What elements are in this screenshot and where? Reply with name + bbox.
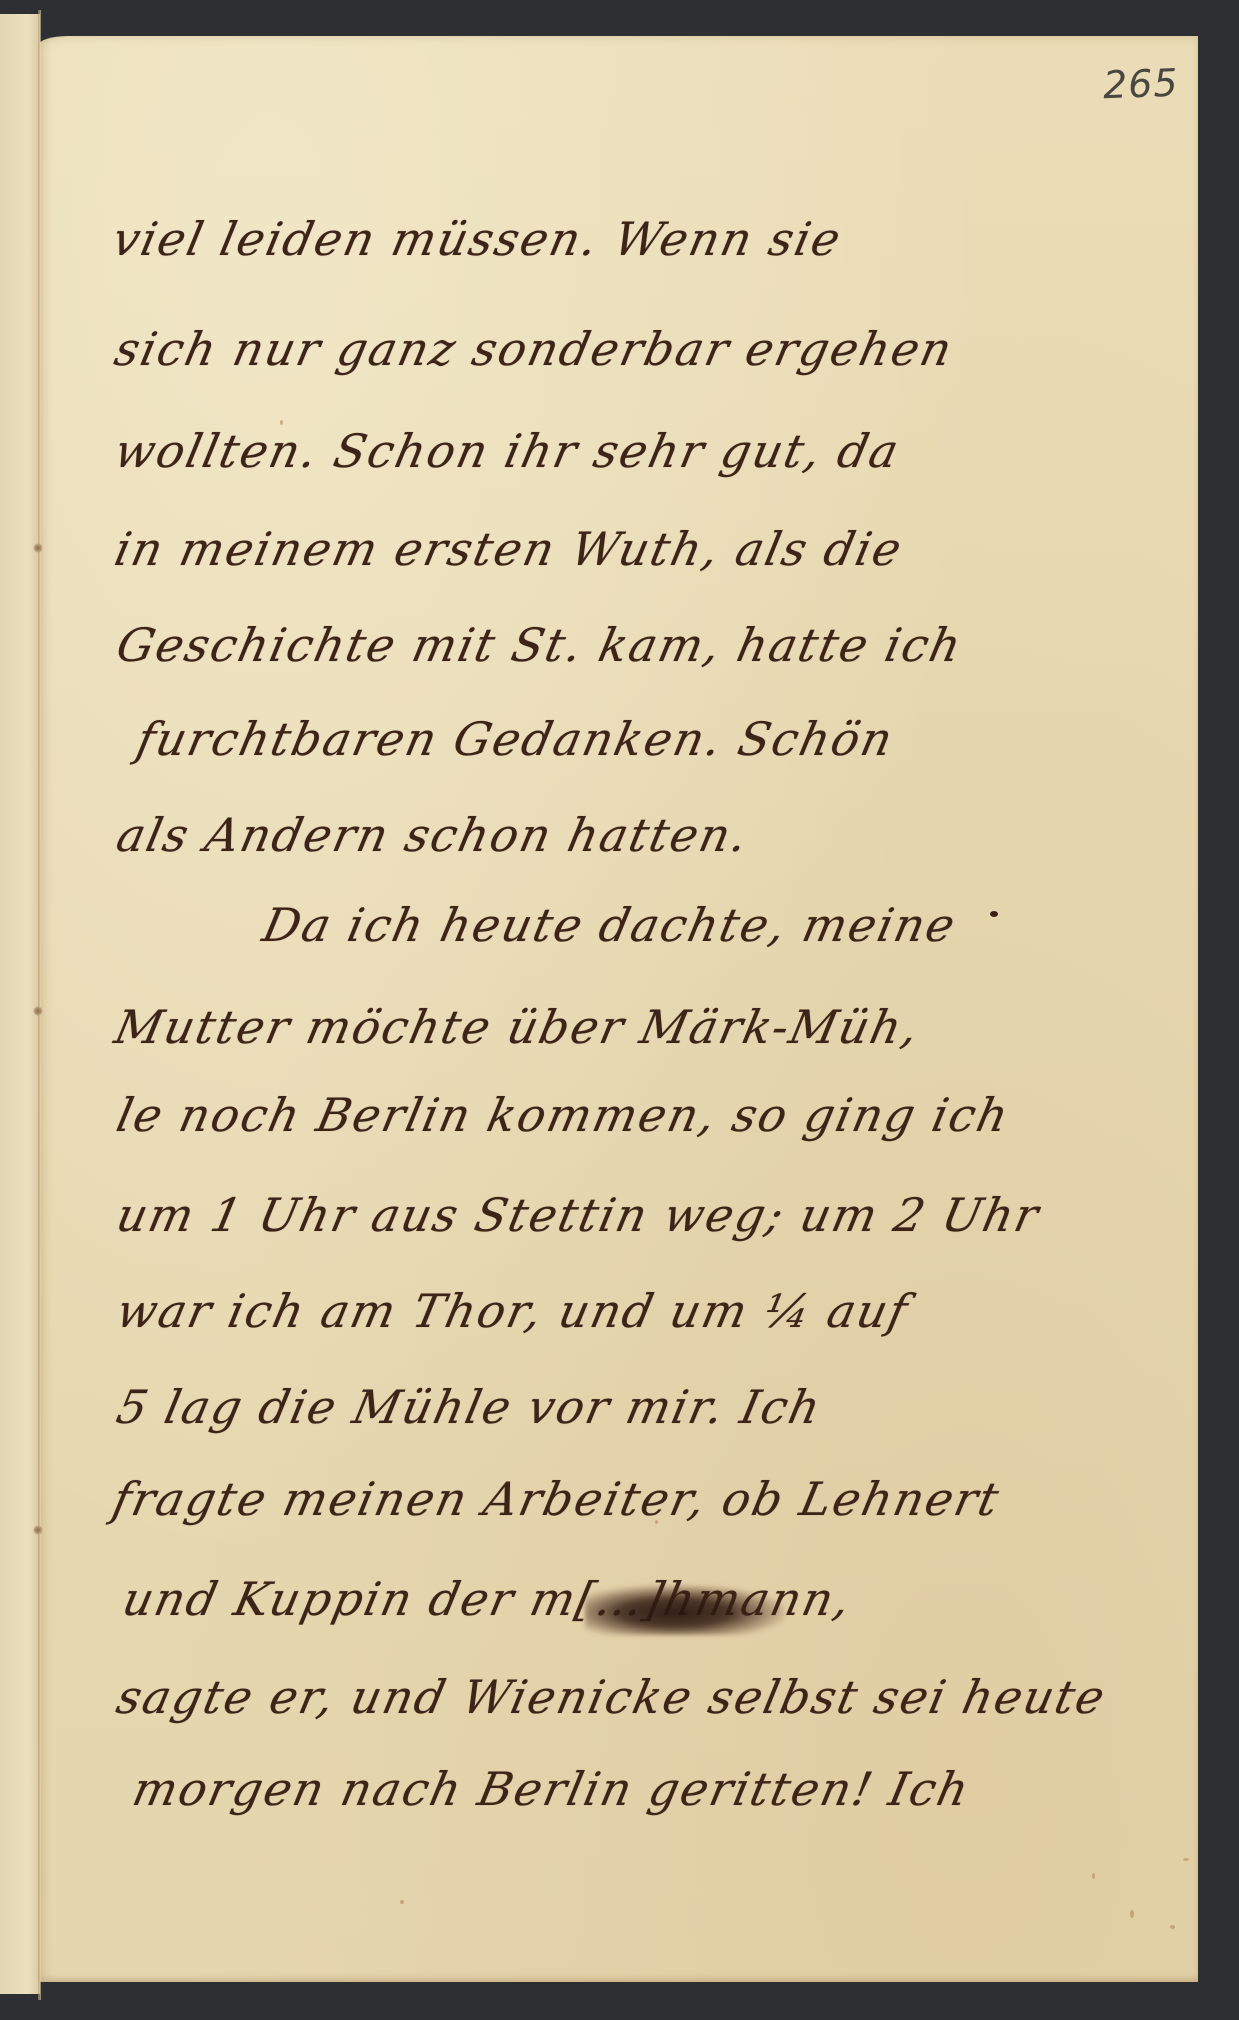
manuscript-line: fragte meinen Arbeiter, ob Lehnert	[108, 1472, 1005, 1526]
manuscript-line: 5 lag die Mühle vor mir. Ich	[112, 1380, 827, 1434]
binding-crease	[38, 10, 41, 2000]
manuscript-line: le noch Berlin kommen, so ging ich	[112, 1088, 1015, 1142]
ink-blot	[585, 1585, 785, 1635]
paper-speck	[400, 1900, 404, 1904]
paper-speck	[1170, 1925, 1175, 1929]
manuscript-line: Mutter möchte über Märk-Müh,	[110, 1000, 925, 1054]
manuscript-line: in meinem ersten Wuth, als die	[110, 522, 908, 576]
paper-speck	[1092, 1873, 1095, 1879]
paper-speck	[1183, 1858, 1189, 1861]
stitch-hole	[33, 1525, 43, 1535]
page-number: 265	[1102, 61, 1179, 108]
stitch-hole	[33, 1006, 43, 1016]
manuscript-line: um 1 Uhr aus Stettin weg; um 2 Uhr	[112, 1188, 1045, 1242]
paper-speck	[1130, 1910, 1134, 1918]
manuscript-line: Da ich heute dachte, meine	[258, 898, 962, 952]
manuscript-line: als Andern schon hatten.	[112, 808, 754, 862]
manuscript-line: Geschichte mit St. kam, hatte ich	[112, 618, 968, 672]
previous-page-edge	[0, 14, 40, 1994]
stitch-hole	[33, 543, 43, 553]
paper-speck	[655, 1520, 658, 1524]
manuscript-line: furchtbaren Gedanken. Schön	[132, 712, 899, 766]
manuscript-line: sich nur ganz sonderbar ergehen	[110, 322, 958, 376]
paper-speck	[280, 420, 283, 425]
manuscript-line: sagte er, und Wienicke selbst sei heute	[112, 1670, 1111, 1724]
margin-ink-dot	[990, 911, 998, 917]
manuscript-line: war ich am Thor, und um ¼ auf	[112, 1284, 914, 1338]
manuscript-line: wollten. Schon ihr sehr gut, da	[110, 424, 905, 478]
manuscript-line: viel leiden müssen. Wenn sie	[108, 212, 847, 266]
manuscript-line: morgen nach Berlin geritten! Ich	[128, 1762, 975, 1816]
